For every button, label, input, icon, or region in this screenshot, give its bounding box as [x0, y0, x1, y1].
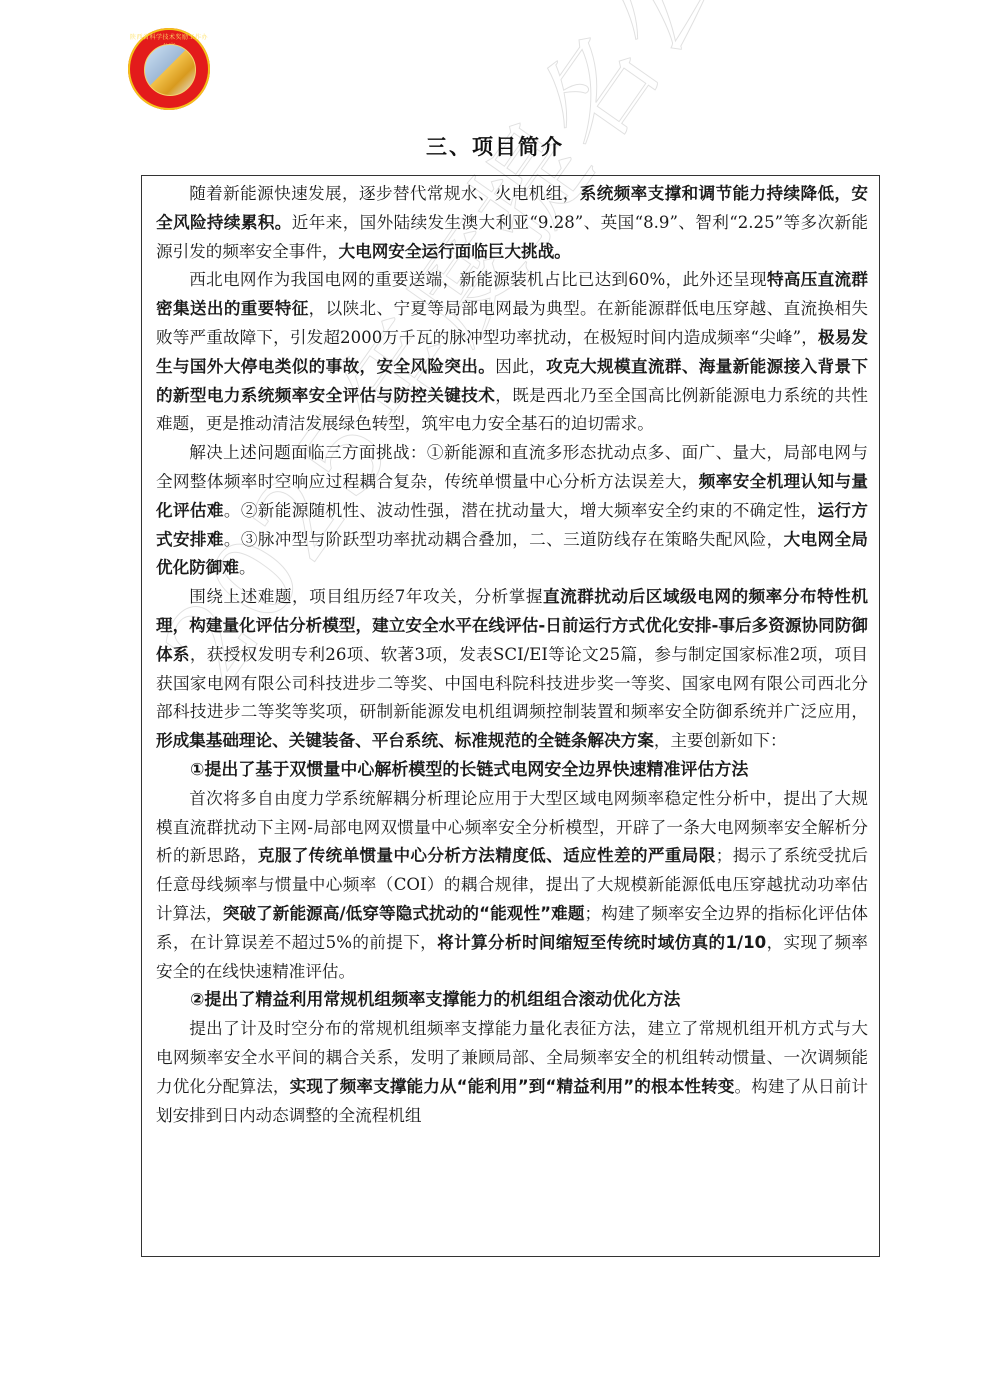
emphasis-text: 大电网安全运行面临巨大挑战。	[339, 242, 571, 261]
innovation-paragraph: 提出了计及时空分布的常规机组频率支撑能力量化表征方法，建立了常规机组开机方式与大…	[156, 1015, 868, 1130]
body-text: 围绕上述难题，项目组历经7年攻关，分析掌握	[189, 587, 543, 606]
body-text: 。②新能源随机性、波动性强，潜在扰动量大，增大频率安全约束的不确定性，	[224, 501, 818, 520]
body-text: ，获授权发明专利26项、软著3项，发表SCI/EI等论文25篇，参与制定国家标准…	[156, 645, 868, 722]
innovation-heading: ①提出了基于双惯量中心解析模型的长链式电网安全边界快速精准评估方法	[156, 756, 868, 785]
project-summary-text: 随着新能源快速发展，逐步替代常规水、火电机组，系统频率支撑和调节能力持续降低，安…	[156, 180, 868, 1130]
body-text: 随着新能源快速发展，逐步替代常规水、火电机组，	[189, 184, 580, 203]
body-text: ，主要创新如下：	[654, 731, 787, 750]
paragraph: 围绕上述难题，项目组历经7年攻关，分析掌握直流群扰动后区域级电网的频率分布特性机…	[156, 583, 868, 756]
body-text: 。③脉冲型与阶跃型功率扰动耦合叠加，二、三道防线存在策略失配风险，	[224, 530, 784, 549]
paragraph: 随着新能源快速发展，逐步替代常规水、火电机组，系统频率支撑和调节能力持续降低，安…	[156, 180, 868, 266]
emphasis-text: 克服了传统单惯量中心分析方法精度低、适应性差的严重局限	[258, 846, 716, 865]
emphasis-text: 将计算分析时间缩短至传统时域仿真的1/10	[437, 933, 766, 952]
innovation-heading: ②提出了精益利用常规机组频率支撑能力的机组组合滚动优化方法	[156, 986, 868, 1015]
body-text: 。	[239, 558, 256, 577]
emphasis-text: 实现了频率支撑能力从“能利用”到“精益利用”的根本性转变	[290, 1077, 735, 1096]
emphasis-text: 突破了新能源高/低穿等隐式扰动的“能观性”难题	[223, 904, 585, 923]
body-text: 西北电网作为我国电网的重要送端，新能源装机占比已达到60%，此外还呈现	[189, 270, 767, 289]
innovation-paragraph: 首次将多自由度力学系统解耦分析理论应用于大型区域电网频率稳定性分析中，提出了大规…	[156, 785, 868, 987]
paragraph: 解决上述问题面临三方面挑战：①新能源和直流多形态扰动点多、面广、量大，局部电网与…	[156, 439, 868, 583]
project-summary-box: 随着新能源快速发展，逐步替代常规水、火电机组，系统频率支撑和调节能力持续降低，安…	[141, 175, 880, 1257]
emphasis-text: 形成集基础理论、关键装备、平台系统、标准规范的全链条解决方案	[156, 731, 654, 750]
paragraph: 西北电网作为我国电网的重要送端，新能源装机占比已达到60%，此外还呈现特高压直流…	[156, 266, 868, 439]
award-seal-logo: 陕西省科学技术奖励工作办公室	[128, 28, 210, 110]
award-seal-icon	[144, 44, 196, 96]
body-text: 因此，	[495, 357, 546, 376]
page-title: 三、项目简介	[0, 131, 990, 161]
